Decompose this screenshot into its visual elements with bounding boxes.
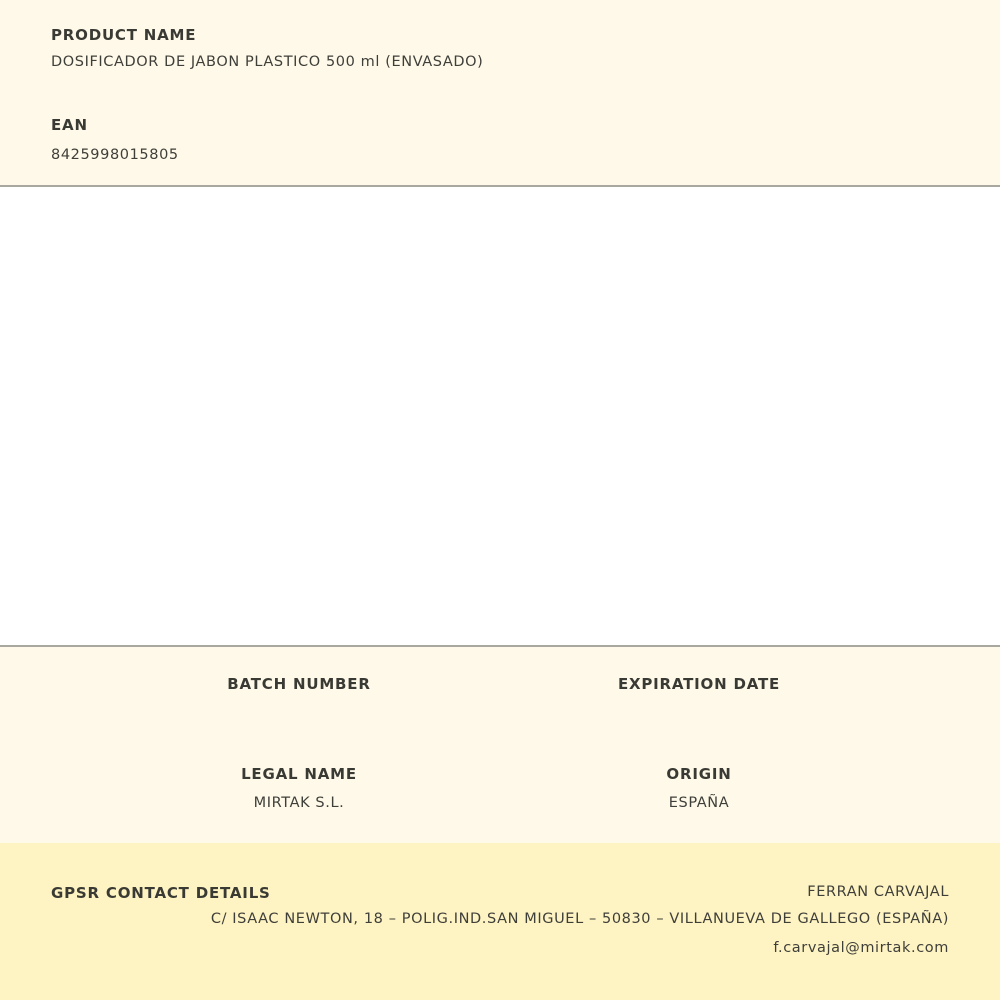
ean-label: EAN [51,116,88,134]
gpsr-contact-email[interactable]: f.carvajal@mirtak.com [773,940,949,956]
legal-name-value: MIRTAK S.L. [99,795,499,811]
gpsr-contact-label: GPSR CONTACT DETAILS [51,884,271,902]
origin-label: ORIGIN [499,765,899,783]
ean-value: 8425998015805 [51,147,179,163]
blank-area [0,187,1000,645]
origin-value: ESPAÑA [499,795,899,811]
gpsr-contact-address: C/ ISAAC NEWTON, 18 – POLIG.IND.SAN MIGU… [211,911,949,927]
legal-name-label: LEGAL NAME [99,765,499,783]
batch-number-label: BATCH NUMBER [99,675,499,693]
product-name-label: PRODUCT NAME [51,26,196,44]
product-section: PRODUCT NAME DOSIFICADOR DE JABON PLASTI… [0,0,1000,187]
gpsr-contact-name: FERRAN CARVAJAL [807,884,949,900]
product-name-value: DOSIFICADOR DE JABON PLASTICO 500 ml (EN… [51,54,483,70]
expiration-date-label: EXPIRATION DATE [499,675,899,693]
details-section: BATCH NUMBER EXPIRATION DATE LEGAL NAME … [0,645,1000,845]
gpsr-section: GPSR CONTACT DETAILS FERRAN CARVAJAL C/ … [0,843,1000,1000]
